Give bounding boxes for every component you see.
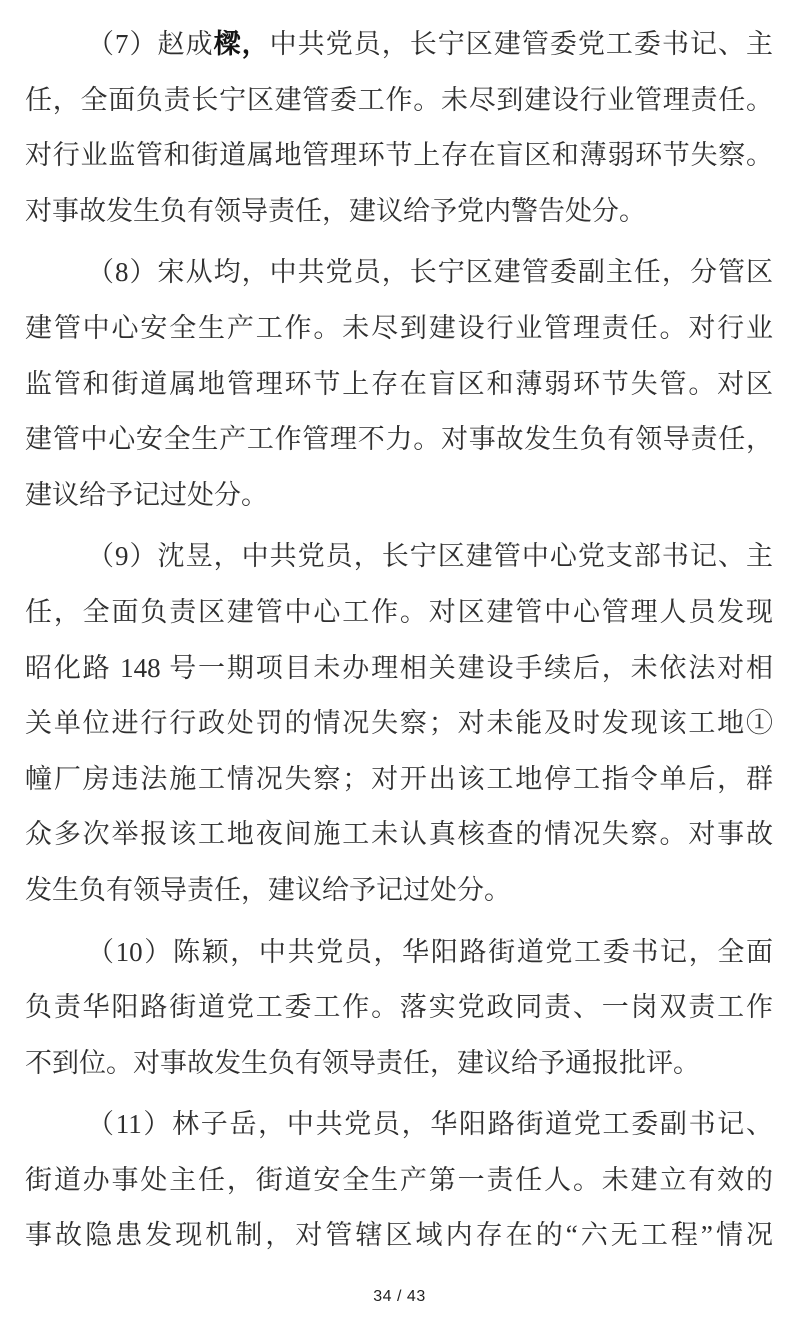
text-line: 不到位。对事故发生负有领导责任，建议给予通报批评。 bbox=[25, 1036, 773, 1092]
text-segment: （7）赵成 bbox=[87, 29, 214, 59]
text-segment: 对行业监管和街道属地管理环节上存在盲区和薄弱环节失察。 bbox=[25, 140, 773, 170]
text-line: 关单位进行行政处罚的情况失察；对未能及时发现该工地① bbox=[25, 696, 773, 752]
text-segment: 不到位。对事故发生负有领导责任，建议给予通报批评。 bbox=[25, 1048, 700, 1078]
text-line: 建管中心安全生产工作管理不力。对事故发生负有领导责任， bbox=[25, 412, 773, 468]
paragraph: （7）赵成樑，中共党员，长宁区建管委党工委书记、主任，全面负责长宁区建管委工作。… bbox=[25, 17, 773, 239]
text-segment: 发生负有领导责任，建议给予记过处分。 bbox=[25, 875, 511, 905]
text-line: （11）林子岳，中共党员，华阳路街道党工委副书记、 bbox=[25, 1097, 773, 1153]
paragraph: （9）沈昱，中共党员，长宁区建管中心党支部书记、主任，全面负责区建管中心工作。对… bbox=[25, 529, 773, 918]
text-line: 任，全面负责区建管中心工作。对区建管中心管理人员发现 bbox=[25, 585, 773, 641]
document-body: （7）赵成樑，中共党员，长宁区建管委党工委书记、主任，全面负责长宁区建管委工作。… bbox=[0, 0, 799, 1264]
document-page: （7）赵成樑，中共党员，长宁区建管委党工委书记、主任，全面负责长宁区建管委工作。… bbox=[0, 0, 799, 1334]
paragraph: （8）宋从均，中共党员，长宁区建管委副主任，分管区建管中心安全生产工作。未尽到建… bbox=[25, 245, 773, 523]
text-segment: 对事故发生负有领导责任，建议给予党内警告处分。 bbox=[25, 196, 646, 226]
text-segment: （9）沈昱，中共党员，长宁区建管中心党支部书记、主 bbox=[87, 541, 773, 571]
text-segment: （11）林子岳，中共党员，华阳路街道党工委副书记、 bbox=[87, 1109, 773, 1139]
text-segment: 任，全面负责长宁区建管委工作。未尽到建设行业管理责任。 bbox=[25, 85, 773, 115]
text-line: 建议给予记过处分。 bbox=[25, 468, 773, 524]
text-segment: 中共党员，长宁区建管委党工委书记、主 bbox=[270, 29, 773, 59]
text-segment: 关单位进行行政处罚的情况失察；对未能及时发现该工地① bbox=[25, 708, 773, 738]
text-segment: 建议给予记过处分。 bbox=[25, 480, 268, 510]
text-segment: 负责华阳路街道党工委工作。落实党政同责、一岗双责工作 bbox=[25, 992, 773, 1022]
text-segment: 众多次举报该工地夜间施工未认真核查的情况失察。对事故 bbox=[25, 819, 773, 849]
text-line: 发生负有领导责任，建议给予记过处分。 bbox=[25, 863, 773, 919]
text-line: 负责华阳路街道党工委工作。落实党政同责、一岗双责工作 bbox=[25, 980, 773, 1036]
text-segment: （10）陈颖，中共党员，华阳路街道党工委书记，全面 bbox=[87, 937, 773, 967]
text-line: 对行业监管和街道属地管理环节上存在盲区和薄弱环节失察。 bbox=[25, 128, 773, 184]
text-line: （7）赵成樑，中共党员，长宁区建管委党工委书记、主 bbox=[25, 17, 773, 73]
text-line: 事故隐患发现机制，对管辖区域内存在的“六无工程”情况 bbox=[25, 1208, 773, 1264]
text-line: （8）宋从均，中共党员，长宁区建管委副主任，分管区 bbox=[25, 245, 773, 301]
text-line: 监管和街道属地管理环节上存在盲区和薄弱环节失管。对区 bbox=[25, 357, 773, 413]
emphasized-text: 樑， bbox=[214, 29, 270, 59]
paragraph: （11）林子岳，中共党员，华阳路街道党工委副书记、街道办事处主任，街道安全生产第… bbox=[25, 1097, 773, 1264]
text-segment: 事故隐患发现机制，对管辖区域内存在的“六无工程”情况 bbox=[25, 1220, 773, 1250]
text-line: 昭化路 148 号一期项目未办理相关建设手续后，未依法对相 bbox=[25, 641, 773, 697]
text-segment: 建管中心安全生产工作。未尽到建设行业管理责任。对行业 bbox=[25, 313, 773, 343]
page-number: 34 / 43 bbox=[0, 1288, 799, 1306]
text-segment: 街道办事处主任，街道安全生产第一责任人。未建立有效的 bbox=[25, 1165, 773, 1195]
paragraph: （10）陈颖，中共党员，华阳路街道党工委书记，全面负责华阳路街道党工委工作。落实… bbox=[25, 925, 773, 1092]
text-line: 对事故发生负有领导责任，建议给予党内警告处分。 bbox=[25, 184, 773, 240]
text-line: 幢厂房违法施工情况失察；对开出该工地停工指令单后，群 bbox=[25, 752, 773, 808]
text-segment: 任，全面负责区建管中心工作。对区建管中心管理人员发现 bbox=[25, 597, 773, 627]
text-segment: （8）宋从均，中共党员，长宁区建管委副主任，分管区 bbox=[87, 257, 773, 287]
text-line: （9）沈昱，中共党员，长宁区建管中心党支部书记、主 bbox=[25, 529, 773, 585]
text-line: （10）陈颖，中共党员，华阳路街道党工委书记，全面 bbox=[25, 925, 773, 981]
text-line: 建管中心安全生产工作。未尽到建设行业管理责任。对行业 bbox=[25, 301, 773, 357]
text-segment: 幢厂房违法施工情况失察；对开出该工地停工指令单后，群 bbox=[25, 764, 773, 794]
text-segment: 建管中心安全生产工作管理不力。对事故发生负有领导责任， bbox=[25, 424, 773, 454]
text-line: 任，全面负责长宁区建管委工作。未尽到建设行业管理责任。 bbox=[25, 73, 773, 129]
text-line: 众多次举报该工地夜间施工未认真核查的情况失察。对事故 bbox=[25, 807, 773, 863]
text-segment: 昭化路 148 号一期项目未办理相关建设手续后，未依法对相 bbox=[25, 653, 773, 683]
text-segment: 监管和街道属地管理环节上存在盲区和薄弱环节失管。对区 bbox=[25, 369, 773, 399]
text-line: 街道办事处主任，街道安全生产第一责任人。未建立有效的 bbox=[25, 1153, 773, 1209]
